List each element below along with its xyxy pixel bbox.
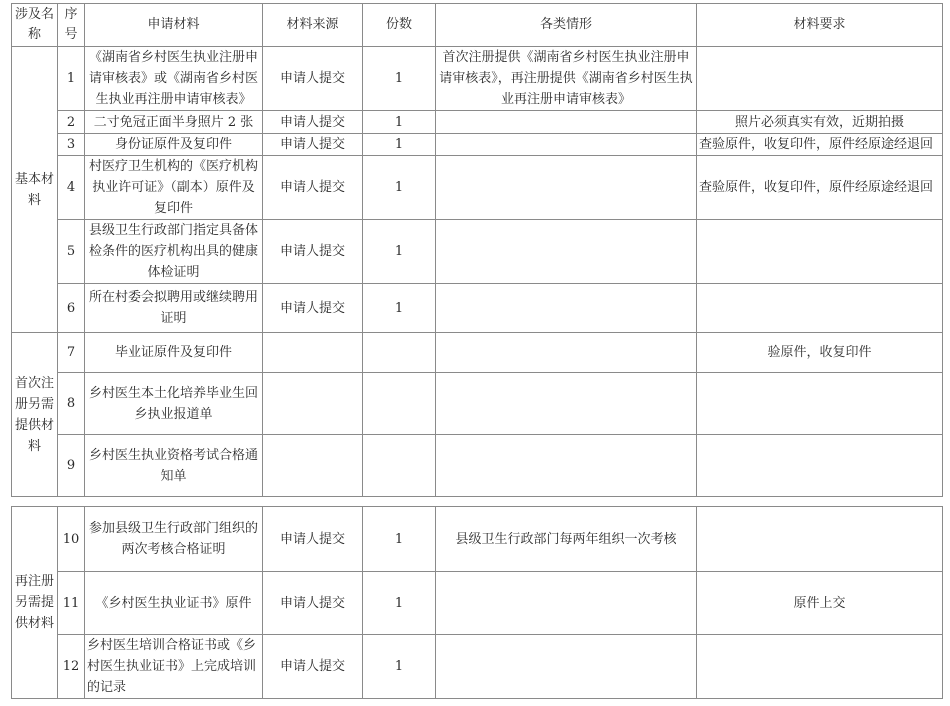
- row-source: 申请人提交: [263, 156, 363, 220]
- row-source: 申请人提交: [263, 284, 363, 333]
- row-no: 6: [58, 284, 85, 333]
- header-category: 涉及名称: [12, 4, 58, 47]
- row-source: 申请人提交: [263, 47, 363, 111]
- row-source: 申请人提交: [263, 134, 363, 156]
- header-copies: 份数: [363, 4, 436, 47]
- row-requirement: [697, 220, 943, 284]
- table-row: 首次注册另需提供材料 7 毕业证原件及复印件 验原件，收复印件: [12, 333, 943, 373]
- row-no: 1: [58, 47, 85, 111]
- table-header-row: 涉及名称 序号 申请材料 材料来源 份数 各类情形 材料要求: [12, 4, 943, 47]
- row-no: 2: [58, 111, 85, 134]
- row-requirement: [697, 47, 943, 111]
- row-copies: 1: [363, 507, 436, 572]
- materials-table-reregistration: 再注册另需提供材料 10 参加县级卫生行政部门组织的两次考核合格证明 申请人提交…: [11, 506, 943, 699]
- table-row: 基本材料 1 《湖南省乡村医生执业注册申请审核表》或《湖南省乡村医生执业再注册申…: [12, 47, 943, 111]
- row-requirement: 验原件，收复印件: [697, 333, 943, 373]
- row-copies: [363, 333, 436, 373]
- row-copies: 1: [363, 635, 436, 699]
- row-no: 4: [58, 156, 85, 220]
- row-material: 《湖南省乡村医生执业注册申请审核表》或《湖南省乡村医生执业再注册申请审核表》: [85, 47, 263, 111]
- row-source: 申请人提交: [263, 111, 363, 134]
- row-situation: [436, 373, 697, 435]
- row-copies: 1: [363, 284, 436, 333]
- row-source: 申请人提交: [263, 635, 363, 699]
- table-row: 5 县级卫生行政部门指定具备体检条件的医疗机构出具的健康体检证明 申请人提交 1: [12, 220, 943, 284]
- row-no: 12: [58, 635, 85, 699]
- row-requirement: 原件上交: [697, 572, 943, 635]
- row-material: 二寸免冠正面半身照片 2 张: [85, 111, 263, 134]
- row-copies: 1: [363, 111, 436, 134]
- row-material: 参加县级卫生行政部门组织的两次考核合格证明: [85, 507, 263, 572]
- group-re-registration: 再注册另需提供材料: [12, 507, 58, 699]
- row-requirement: [697, 284, 943, 333]
- row-situation: [436, 156, 697, 220]
- row-requirement: [697, 507, 943, 572]
- row-material: 乡村医生执业资格考试合格通知单: [85, 435, 263, 497]
- header-source: 材料来源: [263, 4, 363, 47]
- row-material: 村医疗卫生机构的《医疗机构执业许可证》（副本）原件及复印件: [85, 156, 263, 220]
- table-row: 4 村医疗卫生机构的《医疗机构执业许可证》（副本）原件及复印件 申请人提交 1 …: [12, 156, 943, 220]
- row-no: 10: [58, 507, 85, 572]
- row-copies: 1: [363, 156, 436, 220]
- row-requirement: 查验原件，收复印件，原件经原途经退回: [697, 134, 943, 156]
- row-requirement: [697, 635, 943, 699]
- table-row: 11 《乡村医生执业证书》原件 申请人提交 1 原件上交: [12, 572, 943, 635]
- row-copies: 1: [363, 47, 436, 111]
- row-no: 7: [58, 333, 85, 373]
- row-source: [263, 333, 363, 373]
- row-copies: 1: [363, 134, 436, 156]
- table-row: 9 乡村医生执业资格考试合格通知单: [12, 435, 943, 497]
- row-copies: 1: [363, 572, 436, 635]
- row-situation: [436, 220, 697, 284]
- table-row: 2 二寸免冠正面半身照片 2 张 申请人提交 1 照片必须真实有效，近期拍摄: [12, 111, 943, 134]
- row-copies: 1: [363, 220, 436, 284]
- row-no: 11: [58, 572, 85, 635]
- row-source: [263, 435, 363, 497]
- row-situation: [436, 635, 697, 699]
- row-source: [263, 373, 363, 435]
- row-situation: [436, 111, 697, 134]
- row-material: 乡村医生培训合格证书或《乡村医生执业证书》上完成培训的记录: [85, 635, 263, 699]
- row-material: 县级卫生行政部门指定具备体检条件的医疗机构出具的健康体检证明: [85, 220, 263, 284]
- row-situation: [436, 435, 697, 497]
- row-material: 身份证原件及复印件: [85, 134, 263, 156]
- table-row: 12 乡村医生培训合格证书或《乡村医生执业证书》上完成培训的记录 申请人提交 1: [12, 635, 943, 699]
- row-situation: 首次注册提供《湖南省乡村医生执业注册申请审核表》，再注册提供《湖南省乡村医生执业…: [436, 47, 697, 111]
- header-situation: 各类情形: [436, 4, 697, 47]
- group-basic: 基本材料: [12, 47, 58, 333]
- row-source: 申请人提交: [263, 507, 363, 572]
- row-material: 所在村委会拟聘用或继续聘用证明: [85, 284, 263, 333]
- table-row: 8 乡村医生本土化培养毕业生回乡执业报道单: [12, 373, 943, 435]
- header-requirement: 材料要求: [697, 4, 943, 47]
- header-no: 序号: [58, 4, 85, 47]
- row-requirement: 查验原件，收复印件，原件经原途经退回: [697, 156, 943, 220]
- row-material: 毕业证原件及复印件: [85, 333, 263, 373]
- row-requirement: [697, 373, 943, 435]
- row-source: 申请人提交: [263, 572, 363, 635]
- header-material: 申请材料: [85, 4, 263, 47]
- table-row: 3 身份证原件及复印件 申请人提交 1 查验原件，收复印件，原件经原途经退回: [12, 134, 943, 156]
- row-requirement: [697, 435, 943, 497]
- row-situation: [436, 284, 697, 333]
- group-first-registration: 首次注册另需提供材料: [12, 333, 58, 497]
- row-no: 9: [58, 435, 85, 497]
- table-row: 再注册另需提供材料 10 参加县级卫生行政部门组织的两次考核合格证明 申请人提交…: [12, 507, 943, 572]
- row-copies: [363, 373, 436, 435]
- row-no: 5: [58, 220, 85, 284]
- row-situation: 县级卫生行政部门每两年组织一次考核: [436, 507, 697, 572]
- row-material: 《乡村医生执业证书》原件: [85, 572, 263, 635]
- row-no: 8: [58, 373, 85, 435]
- row-situation: [436, 134, 697, 156]
- materials-table-main: 涉及名称 序号 申请材料 材料来源 份数 各类情形 材料要求 基本材料 1 《湖…: [11, 3, 943, 497]
- table-row: 6 所在村委会拟聘用或继续聘用证明 申请人提交 1: [12, 284, 943, 333]
- row-no: 3: [58, 134, 85, 156]
- row-situation: [436, 572, 697, 635]
- row-requirement: 照片必须真实有效，近期拍摄: [697, 111, 943, 134]
- row-copies: [363, 435, 436, 497]
- row-situation: [436, 333, 697, 373]
- row-source: 申请人提交: [263, 220, 363, 284]
- row-material: 乡村医生本土化培养毕业生回乡执业报道单: [85, 373, 263, 435]
